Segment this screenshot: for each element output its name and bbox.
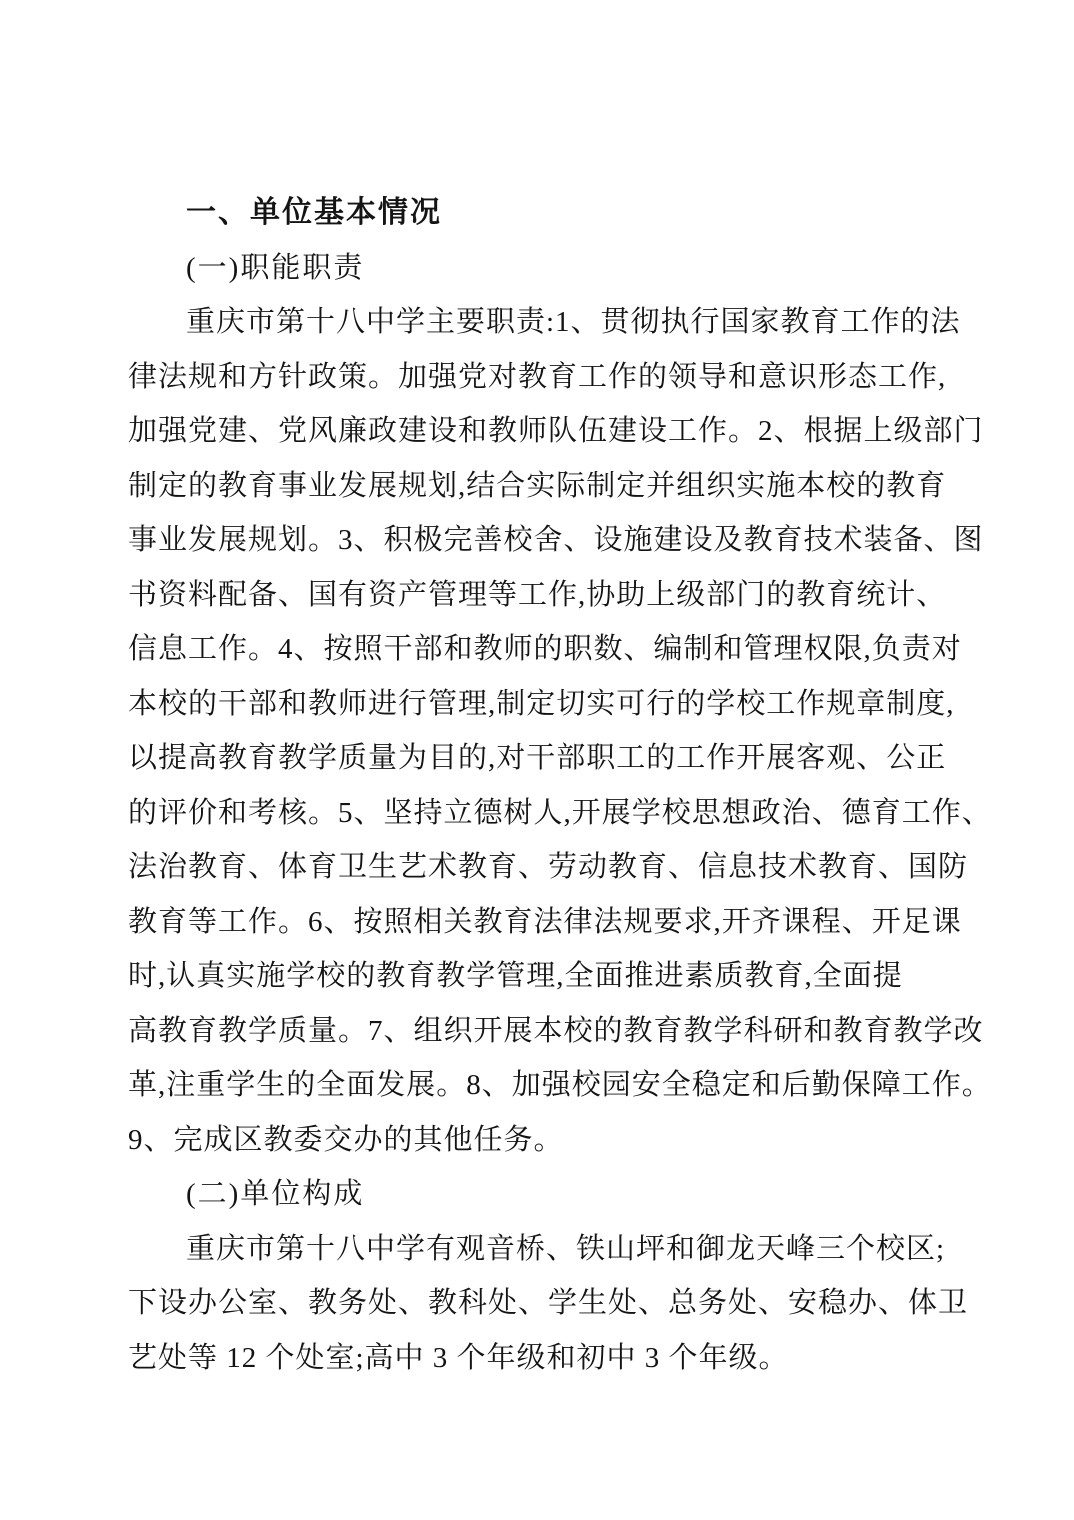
text-line: 律法规和方针政策。加强党对教育工作的领导和意识形态工作,	[128, 350, 958, 405]
text-line: 革,注重学生的全面发展。8、加强校园安全稳定和后勤保障工作。	[128, 1058, 958, 1113]
text-line: 法治教育、体育卫生艺术教育、劳动教育、信息技术教育、国防	[128, 840, 958, 895]
text-line: 书资料配备、国有资产管理等工作,协助上级部门的教育统计、	[128, 568, 958, 623]
text-line: 本校的干部和教师进行管理,制定切实可行的学校工作规章制度,	[128, 677, 958, 732]
paragraph-functions-duties: 重庆市第十八中学主要职责:1、贯彻执行国家教育工作的法律法规和方针政策。加强党对…	[128, 295, 958, 1167]
text-line: 以提高教育教学质量为目的,对干部职工的工作开展客观、公正	[128, 731, 958, 786]
text-line: 加强党建、党风廉政建设和教师队伍建设工作。2、根据上级部门	[128, 404, 958, 459]
text-line: 9、完成区教委交办的其他任务。	[128, 1113, 958, 1168]
text-line: 教育等工作。6、按照相关教育法律法规要求,开齐课程、开足课	[128, 895, 958, 950]
text-line: 事业发展规划。3、积极完善校舍、设施建设及教育技术装备、图	[128, 513, 958, 568]
document-page: 一、单位基本情况 (一)职能职责 重庆市第十八中学主要职责:1、贯彻执行国家教育…	[0, 0, 1074, 1520]
subheading-unit-composition: (二)单位构成	[128, 1167, 958, 1222]
text-line: 艺处等 12 个处室;高中 3 个年级和初中 3 个年级。	[128, 1331, 958, 1386]
text-line: 的评价和考核。5、坚持立德树人,开展学校思想政治、德育工作、	[128, 786, 958, 841]
text-line: 重庆市第十八中学有观音桥、铁山坪和御龙天峰三个校区;	[128, 1222, 958, 1277]
text-line: 下设办公室、教务处、教科处、学生处、总务处、安稳办、体卫	[128, 1276, 958, 1331]
subheading-functions-duties: (一)职能职责	[128, 241, 958, 296]
text-line: 时,认真实施学校的教育教学管理,全面推进素质教育,全面提	[128, 949, 958, 1004]
text-line: 信息工作。4、按照干部和教师的职数、编制和管理权限,负责对	[128, 622, 958, 677]
text-line: 重庆市第十八中学主要职责:1、贯彻执行国家教育工作的法	[128, 295, 958, 350]
paragraph-unit-composition: 重庆市第十八中学有观音桥、铁山坪和御龙天峰三个校区;下设办公室、教务处、教科处、…	[128, 1222, 958, 1386]
main-heading: 一、单位基本情况	[128, 186, 958, 241]
document-body: 一、单位基本情况 (一)职能职责 重庆市第十八中学主要职责:1、贯彻执行国家教育…	[128, 186, 958, 1385]
text-line: 制定的教育事业发展规划,结合实际制定并组织实施本校的教育	[128, 459, 958, 514]
text-line: 高教育教学质量。7、组织开展本校的教育教学科研和教育教学改	[128, 1004, 958, 1059]
